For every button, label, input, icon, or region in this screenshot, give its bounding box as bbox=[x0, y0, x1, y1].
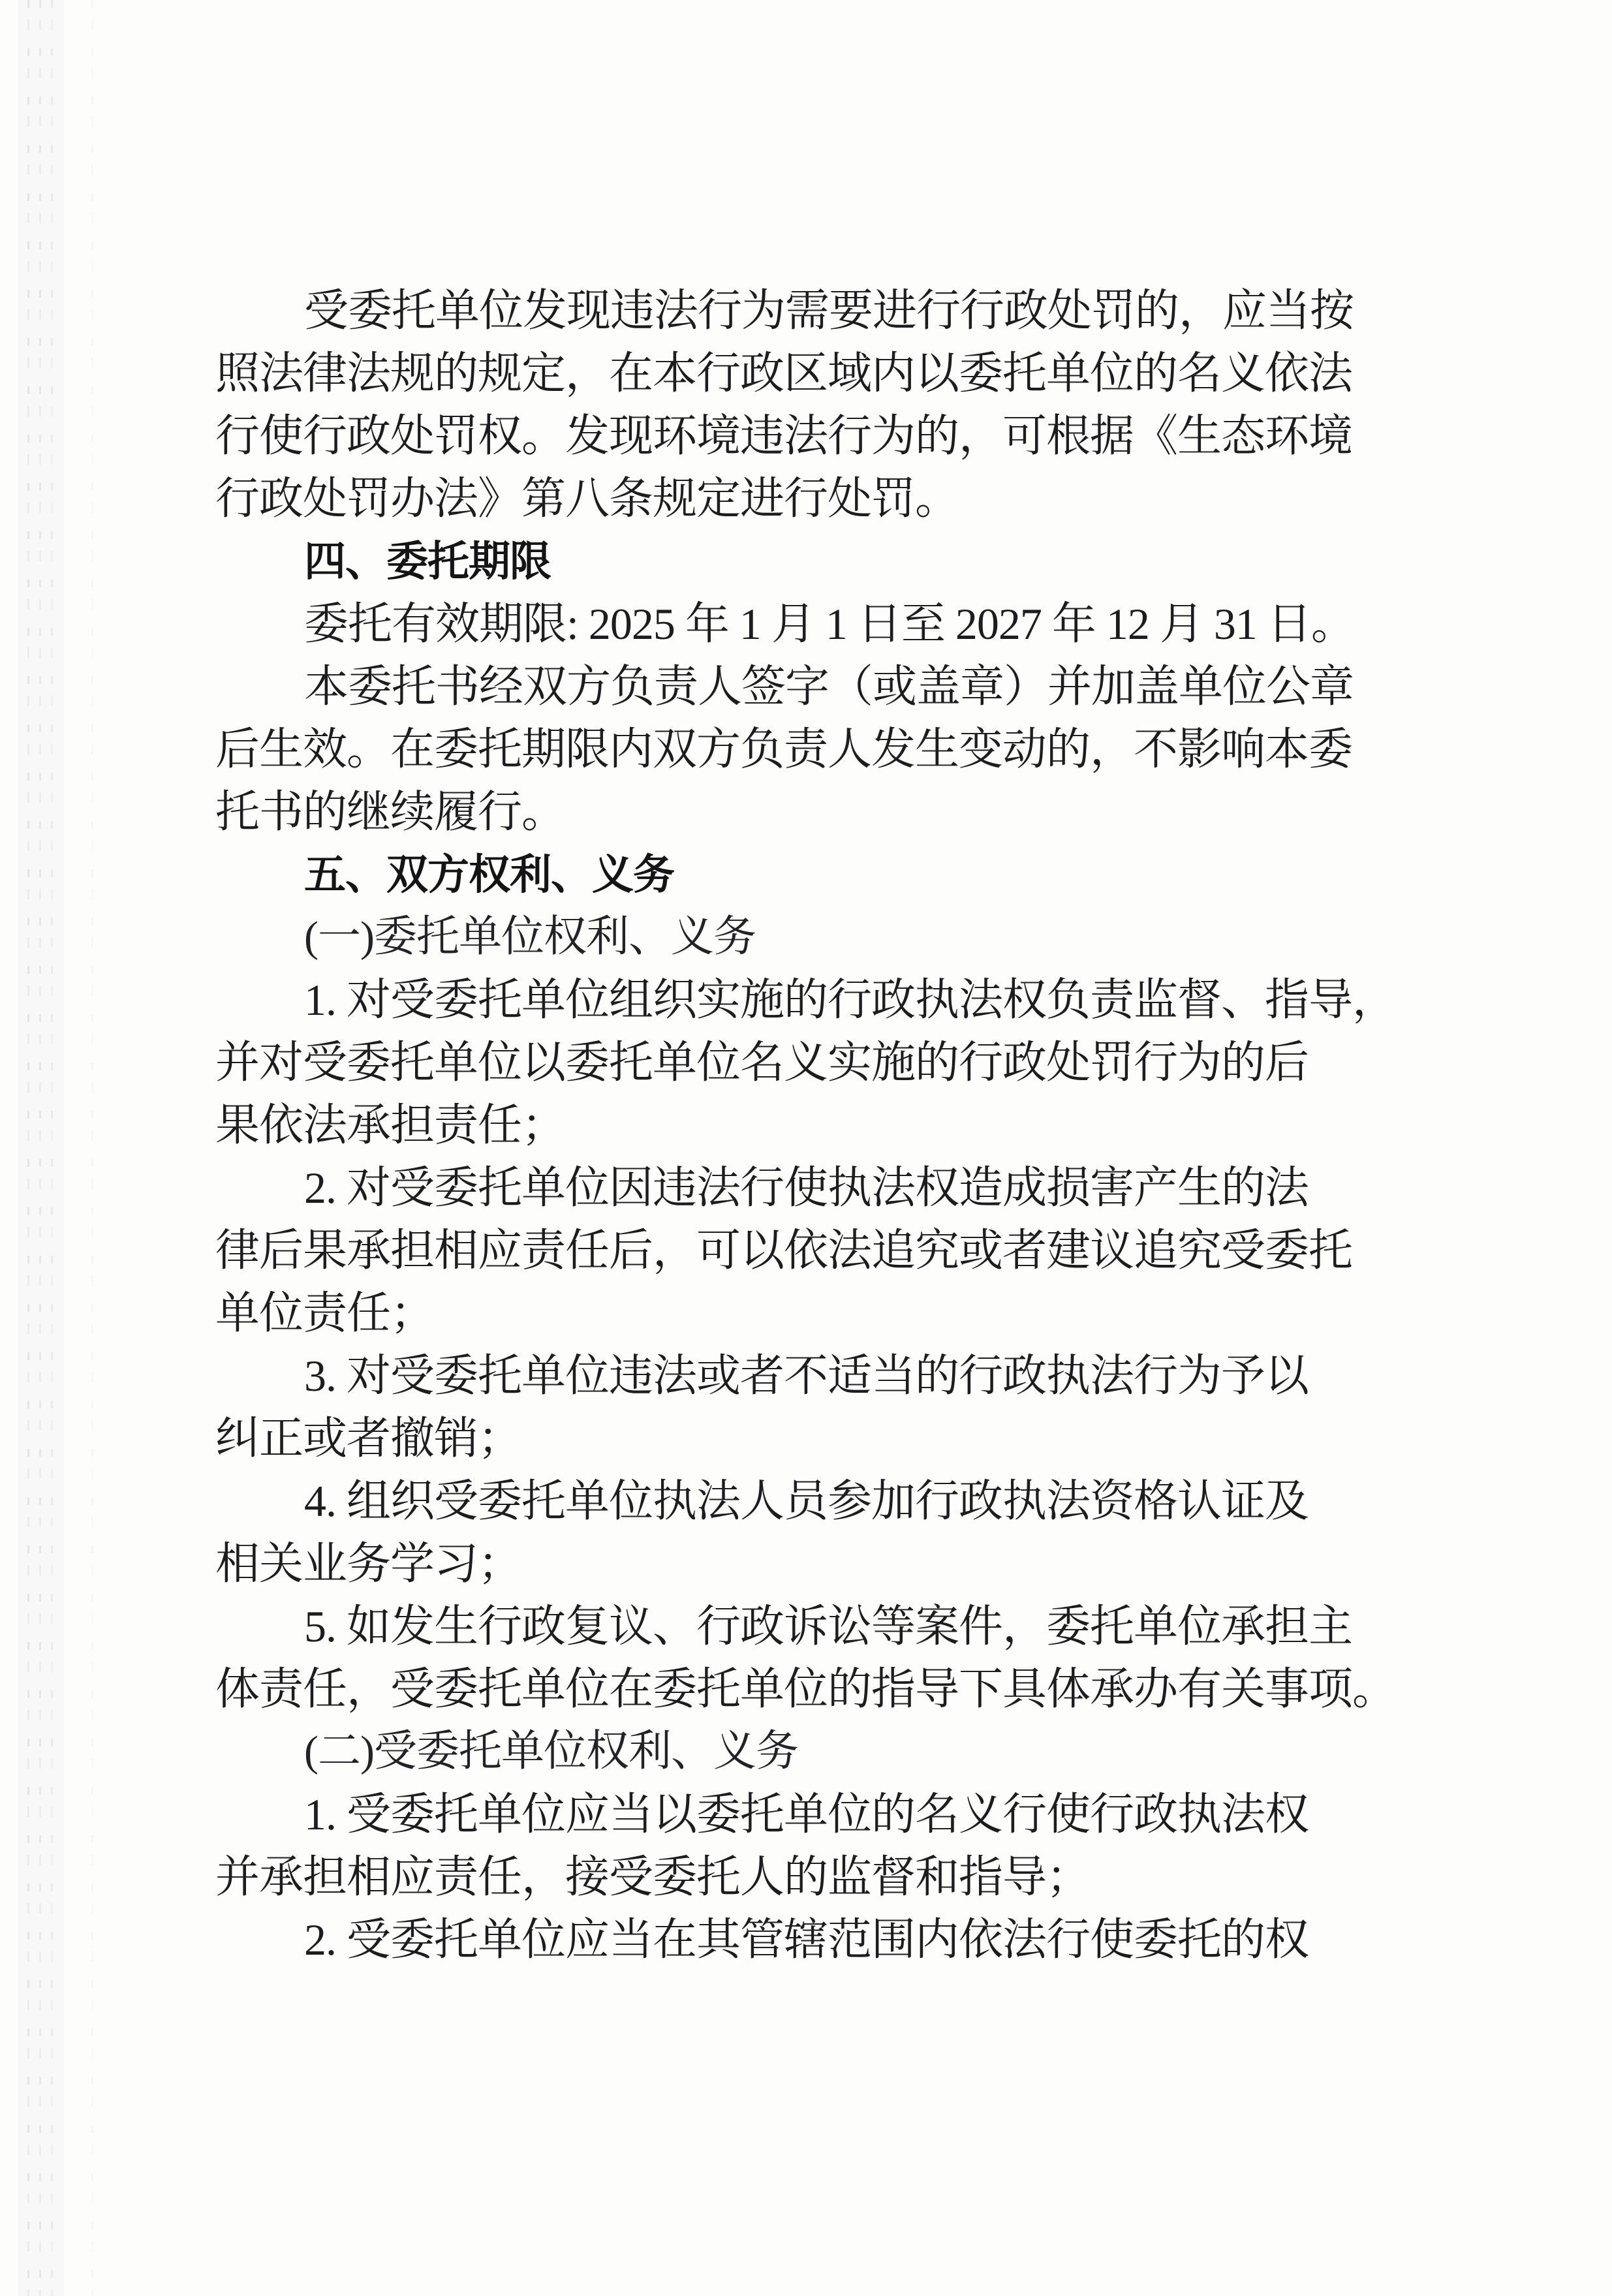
text-line: 受委托单位发现违法行为需要进行行政处罚的，应当按 bbox=[215, 279, 1364, 342]
text-line: (二)受委托单位权利、义务 bbox=[215, 1720, 1364, 1783]
text-line: 行政处罚办法》第八条规定进行处罚。 bbox=[215, 467, 1364, 530]
scan-artifact-streak bbox=[91, 0, 93, 2296]
text-line: 果依法承担责任； bbox=[215, 1094, 1364, 1156]
text-line: 相关业务学习； bbox=[215, 1532, 1364, 1595]
scan-artifact-band bbox=[18, 0, 64, 2296]
text-line: 并承担相应责任，接受委托人的监督和指导； bbox=[215, 1846, 1364, 1908]
text-line: 行使行政处罚权。发现环境违法行为的，可根据《生态环境 bbox=[215, 405, 1364, 467]
text-line: 4. 组织受委托单位执法人员参加行政执法资格认证及 bbox=[215, 1470, 1364, 1532]
text-line: 并对受委托单位以委托单位名义实施的行政处罚行为的后 bbox=[215, 1031, 1364, 1094]
text-line: 照法律法规的规定，在本行政区域内以委托单位的名义依法 bbox=[215, 342, 1364, 405]
text-line: 五、双方权利、义务 bbox=[215, 843, 1364, 906]
text-line: 2. 受委托单位应当在其管辖范围内依法行使委托的权 bbox=[215, 1908, 1364, 1971]
text-line: 本委托书经双方负责人签字（或盖章）并加盖单位公章 bbox=[215, 655, 1364, 718]
text-line: 单位责任； bbox=[215, 1282, 1364, 1344]
document-text-block: 受委托单位发现违法行为需要进行行政处罚的，应当按照法律法规的规定，在本行政区域内… bbox=[215, 279, 1364, 1971]
text-line: 委托有效期限: 2025 年 1 月 1 日至 2027 年 12 月 31 日… bbox=[215, 593, 1364, 655]
text-line: 3. 对受委托单位违法或者不适当的行政执法行为予以 bbox=[215, 1344, 1364, 1407]
text-line: 律后果承担相应责任后，可以依法追究或者建议追究受委托 bbox=[215, 1219, 1364, 1282]
text-line: (一)委托单位权利、义务 bbox=[215, 906, 1364, 969]
text-line: 纠正或者撤销； bbox=[215, 1407, 1364, 1470]
text-line: 2. 对受委托单位因违法行使执法权造成损害产生的法 bbox=[215, 1156, 1364, 1219]
text-line: 1. 受委托单位应当以委托单位的名义行使行政执法权 bbox=[215, 1783, 1364, 1846]
text-line: 5. 如发生行政复议、行政诉讼等案件，委托单位承担主 bbox=[215, 1595, 1364, 1658]
scan-artifact-streak bbox=[51, 0, 53, 2296]
text-line: 四、委托期限 bbox=[215, 530, 1364, 593]
scanned-document-page: 受委托单位发现违法行为需要进行行政处罚的，应当按照法律法规的规定，在本行政区域内… bbox=[0, 0, 1612, 2296]
text-line: 后生效。在委托期限内双方负责人发生变动的，不影响本委 bbox=[215, 718, 1364, 781]
text-line: 1. 对受委托单位组织实施的行政执法权负责监督、指导， bbox=[215, 969, 1364, 1031]
text-line: 托书的继续履行。 bbox=[215, 781, 1364, 843]
scan-artifact-streak bbox=[39, 0, 41, 2296]
text-line: 体责任，受委托单位在委托单位的指导下具体承办有关事项。 bbox=[215, 1658, 1364, 1720]
scan-artifact-streak bbox=[27, 0, 29, 2296]
